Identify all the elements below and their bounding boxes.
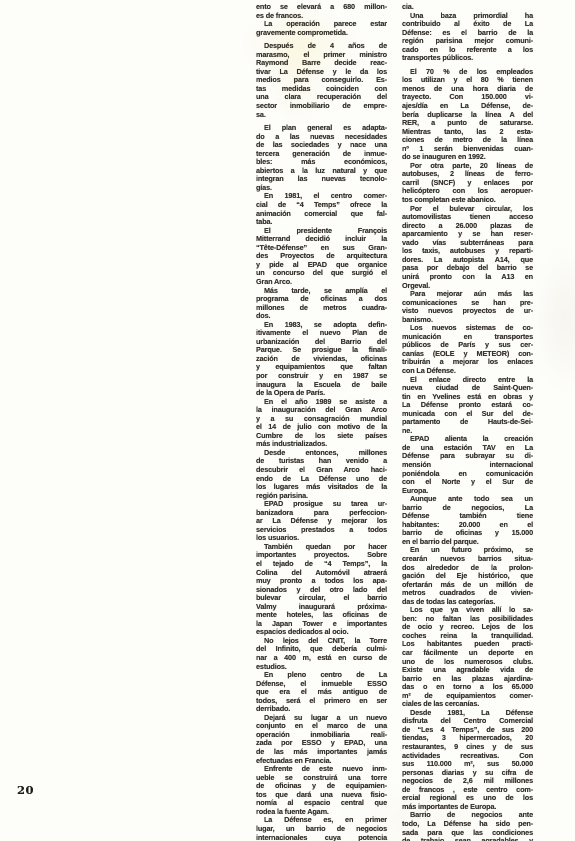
paragraph: En el año 1989 se asiste ala inauguració… — [256, 398, 387, 449]
text-line: integran las nuevas tecnolo- — [256, 175, 387, 184]
paragraph: Por otra parte, 20 líneas deautobuses, 2… — [402, 162, 533, 205]
text-line: millones de metros cuadra- — [256, 304, 387, 313]
text-line: sector inmobiliario de empre- — [256, 102, 387, 111]
paragraph: En pleno centro de LaDéfense, el inmuebl… — [256, 671, 387, 714]
paragraph: En 1981, el centro comer-cial de “4 Temp… — [256, 192, 387, 226]
text-line: sa. — [256, 111, 387, 120]
paragraph: El presidente FrançoisMitterrand decidió… — [256, 227, 387, 287]
paragraph: Una baza primordial hacontribuido al éxi… — [402, 12, 533, 63]
paragraph: Barrio de negocios antetodo, La Défense … — [402, 811, 533, 841]
paragraph: Después de 4 años demarasmo, el primer m… — [256, 42, 387, 119]
paragraph: El plan general es adapta-do a las nueva… — [256, 124, 387, 192]
paragraph: Aunque ante todo sea unbarrio de negocio… — [402, 495, 533, 546]
text-line: gravemente comprometida. — [256, 29, 387, 38]
paragraph: Más tarde, se amplía elprograma de ofici… — [256, 287, 387, 321]
text-column-right: cia.Una baza primordial hacontribuido al… — [402, 3, 533, 841]
paragraph: También quedan por hacerimportantes proy… — [256, 543, 387, 637]
paragraph: Dejará su lugar a un nuevoconjunto en el… — [256, 714, 387, 765]
paragraph: La Défense es, en primerlugar, un barrio… — [256, 816, 387, 841]
text-line: animación comercial que fal- — [256, 210, 387, 219]
paragraph: ento se elevará a 680 millon-es de franc… — [256, 3, 387, 20]
page-number: 20 — [17, 783, 34, 797]
text-line: internacionales cuya potencia — [256, 834, 387, 841]
text-line: partamento de Hauts-de-Sei- — [402, 418, 533, 427]
paragraph: Enfrente de este nuevo inm-ueble se cons… — [256, 765, 387, 816]
text-column-left: ento se elevará a 680 millon-es de franc… — [256, 3, 387, 841]
paragraph: No lejos del CNIT, la Torredel Infinito,… — [256, 637, 387, 671]
paragraph: El 70 % de los empleadoslos utilizan y e… — [402, 68, 533, 162]
paragraph: EPAD alienta la creaciónde una estación … — [402, 435, 533, 495]
paragraph: La operación parece estargravemente comp… — [256, 20, 387, 37]
paragraph: Para mejorar aún más lascomunicaciones s… — [402, 290, 533, 324]
paragraph: En 1983, se adopta defin-itivamente el n… — [256, 321, 387, 398]
paragraph: Desde 1981, La Défensedisfruta del Centr… — [402, 709, 533, 812]
paragraph: Los que ya viven allí lo sa-ben: no falt… — [402, 606, 533, 709]
paragraph: El enlace directo entre lanueva ciudad d… — [402, 376, 533, 436]
paragraph: Los nuevos sistemas de co-municación en … — [402, 324, 533, 375]
text-line: de trabajo sean agradables y — [402, 837, 533, 841]
paragraph: En un futuro próximo, secrearán nuevos b… — [402, 546, 533, 606]
paragraph: EPAD prosigue su tarea ur-banizadora par… — [256, 500, 387, 543]
scanned-page: ento se elevará a 680 millon-es de franc… — [0, 0, 575, 841]
paragraph: Desde entonces, millonesde turistas han … — [256, 449, 387, 500]
text-line: transportes públicos. — [402, 54, 533, 63]
paragraph: Por el bulevar circular, losautomovilist… — [402, 205, 533, 290]
